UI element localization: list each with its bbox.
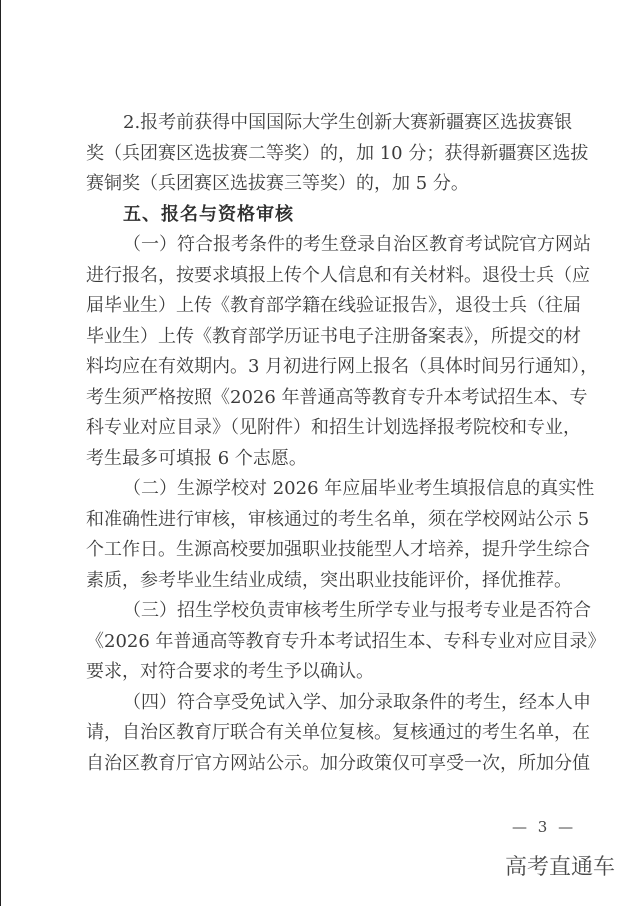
document-page: 2.报考前获得中国国际大学生创新大赛新疆赛区选拔赛银 奖（兵团赛区选拔赛二等奖）… (86, 108, 558, 779)
section-title: 五、报名与资格审核 (86, 200, 558, 231)
text-line: 和准确性进行审核，审核通过的考生名单，须在学校网站公示 5 (86, 505, 558, 536)
text-line: （四）符合享受免试入学、加分录取条件的考生，经本人申 (86, 688, 558, 719)
text-line: 进行报名，按要求填报上传个人信息和有关材料。退役士兵（应 (86, 261, 558, 292)
text-line: 自治区教育厅官方网站公示。加分政策仅可享受一次，所加分值 (86, 749, 558, 780)
text-line: 赛铜奖（兵团赛区选拔赛三等奖）的，加 5 分。 (86, 169, 558, 200)
page-left-border (0, 0, 1, 906)
text-line: 要求，对符合要求的考生予以确认。 (86, 657, 558, 688)
text-line: 请，自治区教育厅联合有关单位复核。复核通过的考生名单，在 (86, 718, 558, 749)
text-line: 个工作日。生源高校要加强职业技能型人才培养，提升学生综合 (86, 535, 558, 566)
text-line: 料均应在有效期内。3 月初进行网上报名（具体时间另行通知）， (86, 352, 558, 383)
paragraph-item-2-bonus: 2.报考前获得中国国际大学生创新大赛新疆赛区选拔赛银 奖（兵团赛区选拔赛二等奖）… (86, 108, 558, 200)
text-line: 毕业生）上传《教育部学历证书电子注册备案表》，所提交的材 (86, 322, 558, 353)
text-line: （三）招生学校负责审核考生所学专业与报考专业是否符合 (86, 596, 558, 627)
text-line: 2.报考前获得中国国际大学生创新大赛新疆赛区选拔赛银 (86, 108, 558, 139)
paragraph-section-5-2: （二）生源学校对 2026 年应届毕业考生填报信息的真实性 和准确性进行审核，审… (86, 474, 558, 596)
text-line: 奖（兵团赛区选拔赛二等奖）的，加 10 分；获得新疆赛区选拔 (86, 139, 558, 170)
watermark-text: 高考直通车 (505, 850, 615, 881)
text-line: 届毕业生）上传《教育部学籍在线验证报告》，退役士兵（往届 (86, 291, 558, 322)
text-line: 考生须严格按照《2026 年普通高等教育专升本考试招生本、专 (86, 383, 558, 414)
paragraph-section-5-3: （三）招生学校负责审核考生所学专业与报考专业是否符合 《2026 年普通高等教育… (86, 596, 558, 688)
paragraph-section-5-4: （四）符合享受免试入学、加分录取条件的考生，经本人申 请，自治区教育厅联合有关单… (86, 688, 558, 780)
text-line: 《2026 年普通高等教育专升本考试招生本、专科专业对应目录》 (86, 627, 558, 658)
page-number: — 3 — (512, 818, 576, 836)
paragraph-section-5-1: （一）符合报考条件的考生登录自治区教育考试院官方网站 进行报名，按要求填报上传个… (86, 230, 558, 474)
text-line: 考生最多可填报 6 个志愿。 (86, 444, 558, 475)
text-line: 素质，参考毕业生结业成绩，突出职业技能评价，择优推荐。 (86, 566, 558, 597)
text-line: （二）生源学校对 2026 年应届毕业考生填报信息的真实性 (86, 474, 558, 505)
text-line: 科专业对应目录》（见附件）和招生计划选择报考院校和专业， (86, 413, 558, 444)
text-line: （一）符合报考条件的考生登录自治区教育考试院官方网站 (86, 230, 558, 261)
section-heading: 五、报名与资格审核 (86, 200, 558, 231)
